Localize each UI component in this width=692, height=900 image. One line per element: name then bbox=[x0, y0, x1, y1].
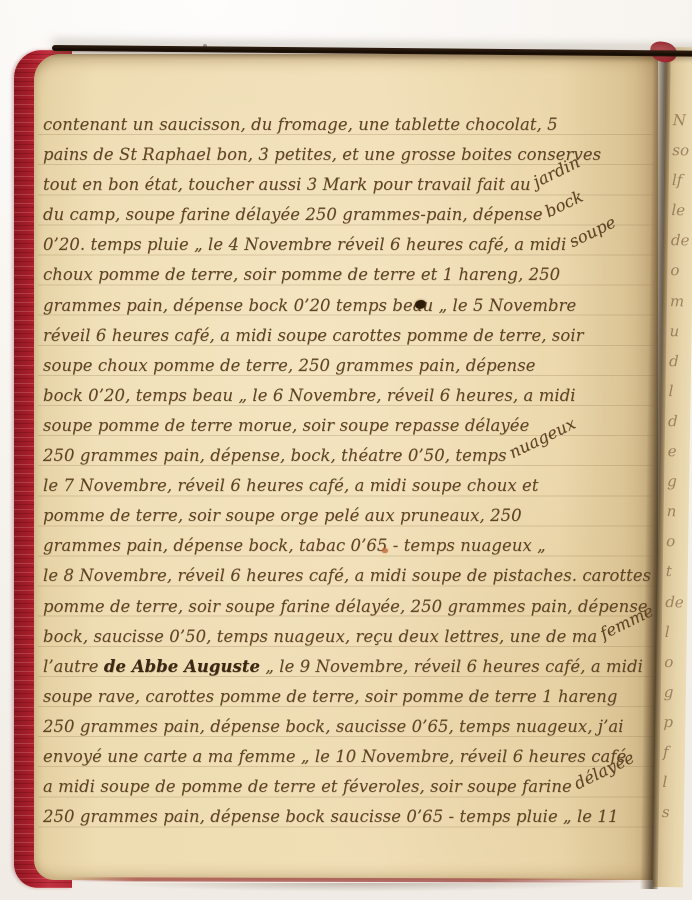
handwritten-segment: choux pomme de terre, soir pomme de terr… bbox=[43, 265, 560, 284]
handwritten-line: envoyé une carte a ma femme „ le 10 Nove… bbox=[43, 742, 649, 772]
facing-page-fragment: d bbox=[668, 406, 687, 436]
facing-page-fragment: t bbox=[666, 556, 685, 586]
handwritten-segment: 250 grammes pain, dépense bock saucisse … bbox=[43, 807, 618, 826]
handwritten-line: le 8 Novembre, réveil 6 heures café, a m… bbox=[43, 561, 649, 591]
facing-page-fragment: o bbox=[670, 256, 689, 286]
handwritten-line: 250 grammes pain, dépense bock, saucisse… bbox=[43, 712, 649, 742]
handwritten-line: 0’20. temps pluie „ le 4 Novembre réveil… bbox=[43, 230, 649, 260]
handwritten-line: bock 0’20, temps beau „ le 6 Novembre, r… bbox=[43, 381, 649, 411]
rust-stain bbox=[382, 548, 388, 553]
facing-page-fragment: o bbox=[664, 647, 683, 677]
handwritten-line: choux pomme de terre, soir pomme de terr… bbox=[43, 260, 649, 290]
handwriting-text: contenant un saucisson, du fromage, une … bbox=[43, 110, 649, 832]
handwritten-segment: „ le 9 Novembre, réveil 6 heures café, a… bbox=[260, 657, 643, 676]
handwritten-segment: grammes pain, dépense bock, tabac 0’65 -… bbox=[43, 536, 546, 555]
handwritten-segment: soupe pomme de terre morue, soir soupe r… bbox=[43, 416, 529, 435]
handwritten-segment: pomme de terre, soir soupe farine délayé… bbox=[43, 597, 648, 616]
handwritten-segment: 250 grammes pain, dépense, bock, théatre… bbox=[43, 446, 512, 465]
handwritten-line: pomme de terre, soir soupe farine délayé… bbox=[43, 592, 649, 622]
facing-page-fragment: g bbox=[667, 466, 686, 496]
handwritten-segment: l’autre bbox=[43, 657, 104, 676]
facing-page-fragment: de bbox=[665, 587, 684, 617]
facing-page-fragment: f bbox=[663, 737, 682, 767]
handwritten-line: le 7 Novembre, réveil 6 heures café, a m… bbox=[43, 471, 649, 501]
handwritten-line: contenant un saucisson, du fromage, une … bbox=[43, 110, 649, 140]
handwritten-segment: 250 grammes pain, dépense bock, saucisse… bbox=[43, 717, 624, 736]
facing-page-fragment: l bbox=[668, 376, 687, 406]
facing-page-fragment: m bbox=[670, 286, 689, 316]
facing-page-fragment: u bbox=[669, 316, 688, 346]
handwritten-segment: tout en bon état, toucher aussi 3 Mark p… bbox=[43, 175, 536, 194]
facing-page-fragment: l bbox=[665, 617, 684, 647]
facing-page-fragment: l bbox=[662, 767, 681, 797]
handwritten-segment: bock, saucisse 0’50, temps nuageux, reçu… bbox=[43, 627, 603, 646]
handwritten-line: l’autre de Abbe Auguste „ le 9 Novembre,… bbox=[43, 652, 649, 682]
handwritten-line: grammes pain, dépense bock 0’20 temps be… bbox=[43, 291, 649, 321]
facing-page-fragment: d bbox=[669, 346, 688, 376]
facing-page-fragment: lf bbox=[672, 165, 691, 195]
handwritten-segment: pains de St Raphael bon, 3 petites, et u… bbox=[43, 145, 601, 164]
facing-page-fragment: n bbox=[666, 496, 685, 526]
handwritten-segment: le 7 Novembre, réveil 6 heures café, a m… bbox=[43, 476, 539, 495]
facing-page-fragment: p bbox=[663, 707, 682, 737]
handwritten-segment: de Abbe Auguste bbox=[104, 657, 260, 676]
facing-page-fragment: N bbox=[673, 105, 692, 135]
handwritten-line: réveil 6 heures café, a midi soupe carot… bbox=[43, 321, 649, 351]
handwritten-segment: le 8 Novembre, réveil 6 heures café, a m… bbox=[43, 566, 651, 585]
handwritten-segment: grammes pain, dépense bock 0’20 temps be… bbox=[43, 296, 576, 315]
facing-page-fragment: le bbox=[671, 195, 690, 225]
handwritten-segment: contenant un saucisson, du fromage, une … bbox=[43, 115, 558, 134]
handwritten-segment: envoyé une carte a ma femme „ le 10 Nove… bbox=[43, 747, 626, 766]
facing-page-fragment: s bbox=[662, 797, 681, 827]
handwritten-segment: du camp, soupe farine délayée 250 gramme… bbox=[43, 205, 548, 224]
handwritten-segment: 0’20. temps pluie „ le 4 Novembre réveil… bbox=[43, 235, 572, 254]
facing-page-fragment: so bbox=[672, 135, 691, 165]
handwritten-line: 250 grammes pain, dépense, bock, théatre… bbox=[43, 441, 649, 471]
handwritten-segment: a midi soupe de pomme de terre et févero… bbox=[43, 777, 577, 796]
handwritten-line: grammes pain, dépense bock, tabac 0’65 -… bbox=[43, 531, 649, 561]
handwritten-line: 250 grammes pain, dépense bock saucisse … bbox=[43, 802, 649, 832]
handwritten-line: pomme de terre, soir soupe orge pelé aux… bbox=[43, 501, 649, 531]
handwritten-segment: soupe choux pomme de terre, 250 grammes … bbox=[43, 356, 536, 375]
handwritten-segment: réveil 6 heures café, a midi soupe carot… bbox=[43, 326, 584, 345]
bottom-scan-shadow bbox=[40, 883, 670, 894]
handwritten-segment: soupe rave, carottes pomme de terre, soi… bbox=[43, 687, 617, 706]
scanned-notebook-photo: contenant un saucisson, du fromage, une … bbox=[0, 0, 692, 900]
facing-page-fragment: de bbox=[671, 225, 690, 255]
handwritten-line: soupe choux pomme de terre, 250 grammes … bbox=[43, 351, 649, 381]
notebook-page: contenant un saucisson, du fromage, une … bbox=[34, 54, 658, 880]
handwritten-line: bock, saucisse 0’50, temps nuageux, reçu… bbox=[43, 622, 649, 652]
facing-page-fragment: o bbox=[666, 526, 685, 556]
handwritten-line: a midi soupe de pomme de terre et févero… bbox=[43, 772, 649, 802]
handwritten-line: soupe rave, carottes pomme de terre, soi… bbox=[43, 682, 649, 712]
handwritten-line: du camp, soupe farine délayée 250 gramme… bbox=[43, 200, 649, 230]
handwritten-segment: bock 0’20, temps beau „ le 6 Novembre, r… bbox=[43, 386, 576, 405]
facing-page-fragment: g bbox=[664, 677, 683, 707]
facing-page-fragment: e bbox=[667, 436, 686, 466]
handwritten-segment: pomme de terre, soir soupe orge pelé aux… bbox=[43, 506, 522, 525]
